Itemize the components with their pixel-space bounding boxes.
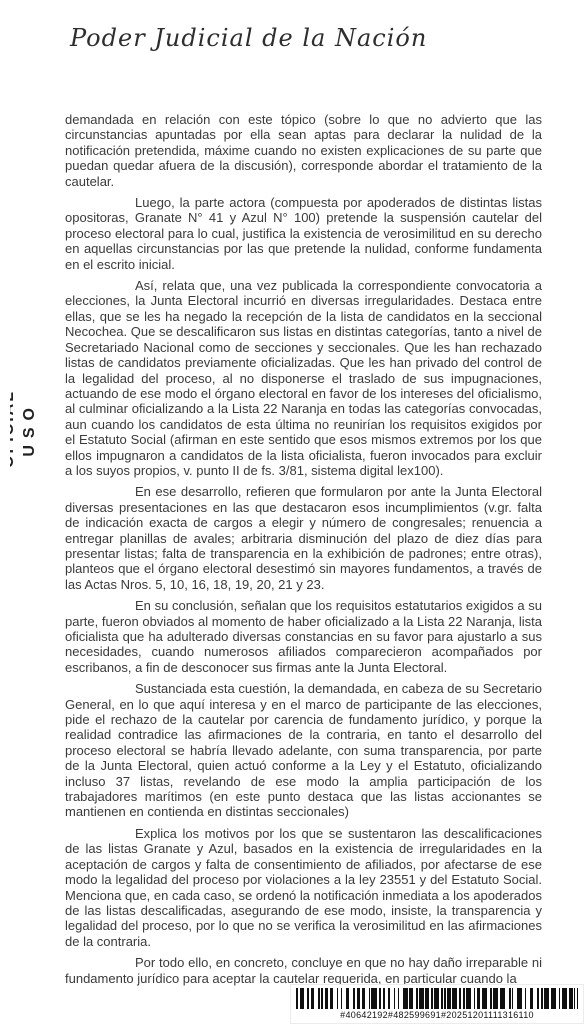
- paragraph: Luego, la parte actora (compuesta por ap…: [65, 195, 542, 272]
- paragraph: Por todo ello, en concreto, concluye en …: [65, 955, 542, 986]
- barcode-label: #40642192#482599691#20251201111316110: [291, 1010, 583, 1020]
- paragraph: demandada en relación con este tópico (s…: [65, 112, 542, 189]
- document-body: demandada en relación con este tópico (s…: [65, 112, 542, 992]
- stamp-oficial-text: OFICIAL: [10, 390, 18, 468]
- paragraph: Explica los motivos por los que se suste…: [65, 826, 542, 949]
- uso-oficial-stamp-inner: OFICIAL USO: [10, 378, 39, 480]
- paragraph: Sustanciada esta cuestión, la demandada,…: [65, 681, 542, 820]
- paragraph: En su conclusión, señalan que los requis…: [65, 598, 542, 675]
- document-page: { "page": { "header_script": "Poder Judi…: [0, 0, 584, 1024]
- paragraph: En ese desarrollo, refieren que formular…: [65, 484, 542, 592]
- paragraph: Así, relata que, una vez publicada la co…: [65, 278, 542, 478]
- stamp-uso-text: USO: [21, 401, 39, 457]
- court-header-title: Poder Judicial de la Nación: [70, 24, 427, 52]
- barcode-panel: #40642192#482599691#20251201111316110: [290, 984, 584, 1024]
- uso-oficial-stamp: OFICIAL USO: [10, 378, 50, 480]
- barcode-bars: [296, 988, 578, 1009]
